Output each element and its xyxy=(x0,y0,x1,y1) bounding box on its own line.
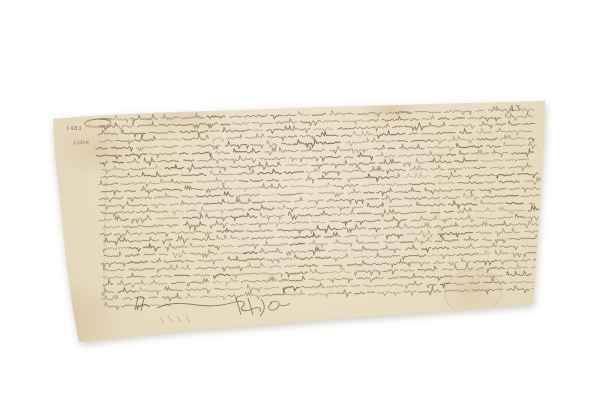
notary-signature xyxy=(135,297,145,311)
manuscript-photo: 9 Mai 1487 43 1483 Collot xyxy=(0,0,600,400)
handwriting-lines xyxy=(0,0,600,400)
notary-signature xyxy=(160,316,190,323)
margin-name-note: Collot xyxy=(74,140,89,147)
folio-number: 43 xyxy=(509,104,522,114)
cancelled-scribble xyxy=(84,119,111,127)
parchment-shadow: 9 Mai 1487 43 1483 Collot xyxy=(0,0,600,400)
margin-year-note: 1483 xyxy=(66,126,82,132)
heading-date: 9 Mai 1487 xyxy=(268,99,326,109)
notary-signature xyxy=(236,298,264,316)
notary-signature xyxy=(269,301,290,310)
parchment: 9 Mai 1487 43 1483 Collot xyxy=(0,0,600,400)
notary-signature xyxy=(157,301,261,312)
